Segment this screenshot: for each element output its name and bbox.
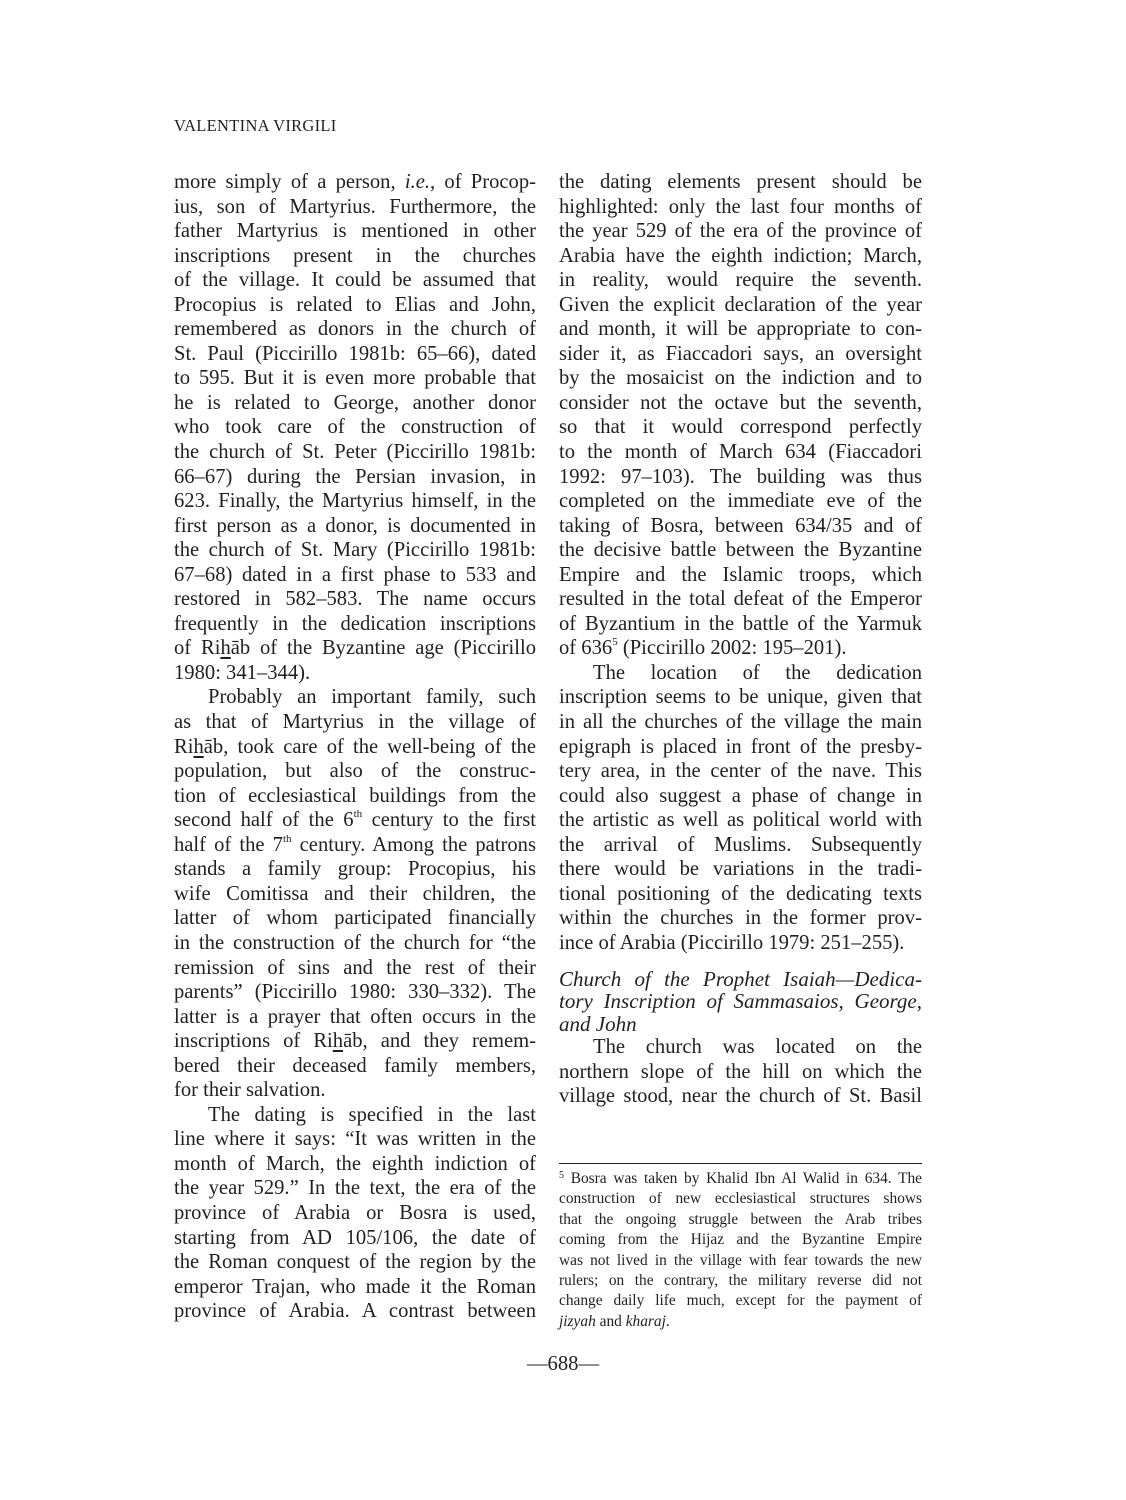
- text-line: month of March, the eighth indiction of: [174, 1152, 536, 1177]
- section-body: The church was located on thenorthern sl…: [559, 1035, 922, 1109]
- text-line: consider not the octave but the seventh,: [559, 391, 922, 416]
- text-line: Procopius is related to Elias and John,: [174, 293, 536, 318]
- transliteration-underline: h: [193, 736, 203, 758]
- superscript: th: [283, 833, 292, 845]
- text-line: remembered as donors in the church of: [174, 317, 536, 342]
- footnote-5: 5 Bosra was taken by Khalid Ibn Al Walid…: [559, 1169, 922, 1332]
- transliteration-underline: h: [333, 1030, 343, 1052]
- text-line: completed on the immediate eve of the: [559, 489, 922, 514]
- section-paragraph: The church was located on thenorthern sl…: [559, 1035, 922, 1109]
- text-line: the dating elements present should be: [559, 170, 922, 195]
- text-line: the arrival of Muslims. Subsequently: [559, 833, 922, 858]
- text-line: The church was located on the: [559, 1035, 922, 1060]
- footnote-line: was not lived in the village with fear t…: [559, 1251, 922, 1271]
- section-heading: Church of the Prophet Isaiah—Dedica-tory…: [559, 968, 922, 1036]
- superscript: th: [354, 808, 363, 820]
- text-line: remission of sins and the rest of their: [174, 956, 536, 981]
- text-line: for their salvation.: [174, 1078, 536, 1103]
- text-line: epigraph is placed in front of the presb…: [559, 735, 922, 760]
- text-line: ius, son of Martyrius. Furthermore, the: [174, 195, 536, 220]
- footnote-line: rulers; on the contrary, the military re…: [559, 1271, 922, 1291]
- text-line: in reality, would require the seventh.: [559, 268, 922, 293]
- left-paragraph: more simply of a person, i.e., of Procop…: [174, 170, 536, 685]
- text-line: 67–68) dated in a first phase to 533 and: [174, 563, 536, 588]
- text-line: the church of St. Peter (Piccirillo 1981…: [174, 440, 536, 465]
- text-line: sider it, as Fiaccadori says, an oversig…: [559, 342, 922, 367]
- text-line: so that it would correspond perfectly: [559, 415, 922, 440]
- text-line: northern slope of the hill on which the: [559, 1060, 922, 1085]
- text-line: second half of the 6th century to the fi…: [174, 808, 536, 833]
- text-line: the year 529.” In the text, the era of t…: [174, 1176, 536, 1201]
- text-line: first person as a donor, is documented i…: [174, 514, 536, 539]
- text-line: inscription seems to be unique, given th…: [559, 685, 922, 710]
- text-line: the Roman conquest of the region by the: [174, 1250, 536, 1275]
- text-line: The location of the dedication: [559, 661, 922, 686]
- text-line: the year 529 of the era of the province …: [559, 219, 922, 244]
- text-line: inscriptions present in the churches: [174, 244, 536, 269]
- text-line: half of the 7th century. Among the patro…: [174, 833, 536, 858]
- heading-line: and John: [559, 1013, 922, 1036]
- heading-line: Church of the Prophet Isaiah—Dedica-: [559, 968, 922, 991]
- text-line: resulted in the total defeat of the Empe…: [559, 587, 922, 612]
- text-line: 66–67) during the Persian invasion, in: [174, 465, 536, 490]
- text-line: starting from AD 105/106, the date of: [174, 1226, 536, 1251]
- footnote-line: change daily life much, except for the p…: [559, 1291, 922, 1311]
- footnote-line: coming from the Hijaz and the Byzantine …: [559, 1230, 922, 1250]
- text-line: of the village. It could be assumed that: [174, 268, 536, 293]
- text-line: in the construction of the church for “t…: [174, 931, 536, 956]
- text-line: the church of St. Mary (Piccirillo 1981b…: [174, 538, 536, 563]
- text-line: by the mosaicist on the indiction and to: [559, 366, 922, 391]
- text-line: he is related to George, another donor: [174, 391, 536, 416]
- footnote-rule: [559, 1163, 922, 1164]
- footnote-line: jizyah and kharaj.: [559, 1312, 922, 1332]
- footnotes: 5 Bosra was taken by Khalid Ibn Al Walid…: [559, 1169, 922, 1332]
- page-number: —688—: [0, 1353, 1126, 1376]
- text-line: Probably an important family, such: [174, 685, 536, 710]
- text-line: ince of Arabia (Piccirillo 1979: 251–255…: [559, 931, 922, 956]
- text-line: to the month of March 634 (Fiaccadori: [559, 440, 922, 465]
- text-line: Given the explicit declaration of the ye…: [559, 293, 922, 318]
- text-line: line where it says: “It was written in t…: [174, 1127, 536, 1152]
- right-paragraph: the dating elements present should behig…: [559, 170, 922, 661]
- text-line: the artistic as well as political world …: [559, 808, 922, 833]
- text-line: 623. Finally, the Martyrius himself, in …: [174, 489, 536, 514]
- text-line: Rihāb, took care of the well-being of th…: [174, 735, 536, 760]
- left-paragraph: The dating is specified in the lastline …: [174, 1103, 536, 1324]
- text-line: stands a family group: Procopius, his: [174, 857, 536, 882]
- italic-text: i.e.: [405, 171, 430, 193]
- text-line: tion of ecclesiastical buildings from th…: [174, 784, 536, 809]
- text-line: to 595. But it is even more probable tha…: [174, 366, 536, 391]
- text-line: St. Paul (Piccirillo 1981b: 65–66), date…: [174, 342, 536, 367]
- text-line: parents” (Piccirillo 1980: 330–332). The: [174, 980, 536, 1005]
- text-line: of 6365 (Piccirillo 2002: 195–201).: [559, 636, 922, 661]
- text-line: could also suggest a phase of change in: [559, 784, 922, 809]
- text-line: taking of Bosra, between 634/35 and of: [559, 514, 922, 539]
- text-line: bered their deceased family members,: [174, 1054, 536, 1079]
- text-line: village stood, near the church of St. Ba…: [559, 1084, 922, 1109]
- footnote-line: 5 Bosra was taken by Khalid Ibn Al Walid…: [559, 1169, 922, 1189]
- text-line: father Martyrius is mentioned in other: [174, 219, 536, 244]
- text-line: there would be variations in the tradi-: [559, 857, 922, 882]
- footnote-ref[interactable]: 5: [612, 636, 618, 648]
- heading-line: tory Inscription of Sammasaios, George,: [559, 990, 922, 1013]
- text-line: in all the churches of the village the m…: [559, 710, 922, 735]
- text-line: and month, it will be appropriate to con…: [559, 317, 922, 342]
- text-line: restored in 582–583. The name occurs: [174, 587, 536, 612]
- text-line: highlighted: only the last four months o…: [559, 195, 922, 220]
- text-line: Arabia have the eighth indiction; March,: [559, 244, 922, 269]
- text-line: population, but also of the construc-: [174, 759, 536, 784]
- text-line: The dating is specified in the last: [174, 1103, 536, 1128]
- right-column-body: the dating elements present should behig…: [559, 170, 922, 956]
- text-line: as that of Martyrius in the village of: [174, 710, 536, 735]
- left-column: more simply of a person, i.e., of Procop…: [174, 170, 536, 1324]
- footnote-line: construction of new ecclesiastical struc…: [559, 1189, 922, 1209]
- text-line: of Byzantium in the battle of the Yarmuk: [559, 612, 922, 637]
- text-line: 1992: 97–103). The building was thus: [559, 465, 922, 490]
- text-line: 1980: 341–344).: [174, 661, 536, 686]
- text-line: latter is a prayer that often occurs in …: [174, 1005, 536, 1030]
- text-line: the decisive battle between the Byzantin…: [559, 538, 922, 563]
- text-line: province of Arabia or Bosra is used,: [174, 1201, 536, 1226]
- text-line: more simply of a person, i.e., of Procop…: [174, 170, 536, 195]
- text-line: province of Arabia. A contrast between: [174, 1299, 536, 1324]
- italic-text: jizyah: [559, 1313, 596, 1330]
- text-line: tional positioning of the dedicating tex…: [559, 882, 922, 907]
- text-line: emperor Trajan, who made it the Roman: [174, 1275, 536, 1300]
- left-paragraph: Probably an important family, suchas tha…: [174, 685, 536, 1102]
- italic-text: kharaj: [626, 1313, 666, 1330]
- right-paragraph: The location of the dedicationinscriptio…: [559, 661, 922, 956]
- right-column: the dating elements present should behig…: [559, 170, 922, 1109]
- transliteration-underline: h: [220, 637, 230, 659]
- text-line: of Rihāb of the Byzantine age (Piccirill…: [174, 636, 536, 661]
- text-line: tery area, in the center of the nave. Th…: [559, 759, 922, 784]
- text-line: frequently in the dedication inscription…: [174, 612, 536, 637]
- text-line: Empire and the Islamic troops, which: [559, 563, 922, 588]
- footnote-ref[interactable]: 5: [559, 1170, 564, 1181]
- footnote-line: that the ongoing struggle between the Ar…: [559, 1210, 922, 1230]
- text-line: wife Comitissa and their children, the: [174, 882, 536, 907]
- running-head-author: VALENTINA VIRGILI: [174, 116, 337, 136]
- text-line: within the churches in the former prov-: [559, 906, 922, 931]
- text-line: latter of whom participated financially: [174, 906, 536, 931]
- text-line: inscriptions of Rihāb, and they remem-: [174, 1029, 536, 1054]
- text-line: who took care of the construction of: [174, 415, 536, 440]
